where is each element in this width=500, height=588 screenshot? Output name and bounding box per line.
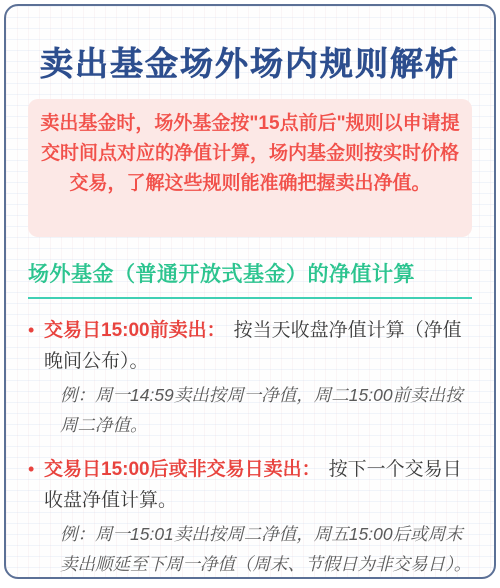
page-title: 卖出基金场外场内规则解析: [28, 42, 472, 86]
rule-text: 交易日15:00前卖出：按当天收盘净值计算（净值晚间公布）。: [44, 315, 472, 377]
list-item: • 交易日15:00后或非交易日卖出：按下一个交易日收盘净值计算。: [28, 454, 472, 516]
info-card: 卖出基金场外场内规则解析 卖出基金时，场外基金按"15点前后"规则以申请提交时间…: [4, 4, 496, 579]
rule-text: 交易日15:00后或非交易日卖出：按下一个交易日收盘净值计算。: [44, 454, 472, 516]
list-item: • 交易日15:00前卖出：按当天收盘净值计算（净值晚间公布）。: [28, 315, 472, 377]
rule-example: 例：周一15:01卖出按周二净值，周五15:00后或周末卖出顺延至下周一净值（周…: [60, 519, 472, 579]
rule-example: 例：周一14:59卖出按周一净值，周二15:00前卖出按周二净值。: [60, 380, 472, 440]
rules-list: • 交易日15:00前卖出：按当天收盘净值计算（净值晚间公布）。 例：周一14:…: [28, 315, 472, 579]
bullet-dot-icon: •: [28, 315, 44, 346]
intro-highlight-box: 卖出基金时，场外基金按"15点前后"规则以申请提交时间点对应的净值计算，场内基金…: [28, 99, 472, 237]
section-heading: 场外基金（普通开放式基金）的净值计算: [28, 258, 472, 299]
intro-text: 卖出基金时，场外基金按"15点前后"规则以申请提交时间点对应的净值计算，场内基金…: [38, 109, 462, 199]
bullet-dot-icon: •: [28, 454, 44, 485]
rule-lead: 交易日15:00前卖出：: [44, 320, 226, 341]
rule-lead: 交易日15:00后或非交易日卖出：: [44, 459, 321, 480]
